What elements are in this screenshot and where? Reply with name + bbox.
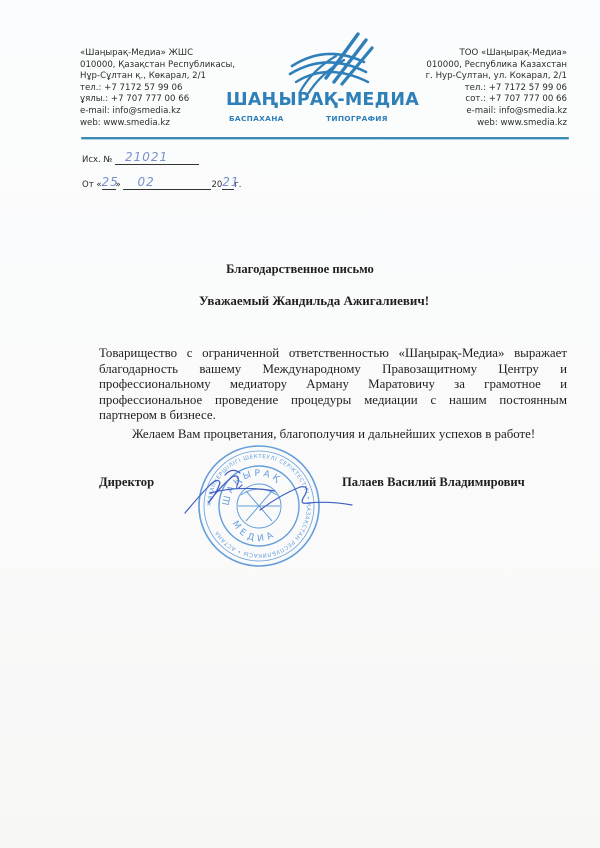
letterhead-divider bbox=[81, 137, 569, 139]
mobile-ru: сот.: +7 707 777 00 66 bbox=[426, 94, 567, 106]
letter-body-paragraph: Товарищество с ограниченной ответственно… bbox=[99, 346, 567, 424]
company-name-kz: «Шаңырақ-Медиа» ЖШС bbox=[80, 48, 235, 60]
date-year-value: 21 bbox=[222, 175, 239, 189]
logo-subtitle-printing-ru: ТИПОГРАФИЯ bbox=[326, 114, 388, 123]
phone-kz: тел.: +7 7172 57 99 06 bbox=[80, 83, 235, 95]
outgoing-number-field: 21021 bbox=[115, 153, 199, 165]
date-day-value: 25 bbox=[102, 175, 119, 189]
phone-ru: тел.: +7 7172 57 99 06 bbox=[426, 83, 567, 95]
outgoing-date: От «25» 022021г. bbox=[82, 178, 241, 190]
mobile-kz: ұялы.: +7 707 777 00 66 bbox=[80, 94, 235, 106]
outgoing-number-value: 21021 bbox=[125, 150, 168, 164]
logo-subtitle-printing-kz: БАСПАХАНА bbox=[229, 114, 284, 123]
date-year-field: 21 bbox=[222, 178, 234, 190]
shanyrak-arc-mark-icon bbox=[286, 26, 376, 94]
address-line-2-ru: г. Нур-Султан, ул. Кокарал, 2/1 bbox=[426, 71, 567, 83]
signer-name: Палаев Василий Владимирович bbox=[342, 475, 525, 490]
website-kz: web: www.smedia.kz bbox=[80, 118, 235, 130]
letterhead-kazakh-contacts: «Шаңырақ-Медиа» ЖШС 010000, Қазақстан Ре… bbox=[80, 48, 235, 129]
letter-body: Товарищество с ограниченной ответственно… bbox=[99, 346, 567, 424]
email-kz: e-mail: info@smedia.kz bbox=[80, 106, 235, 118]
email-ru: e-mail: info@smedia.kz bbox=[426, 106, 567, 118]
date-month-value: 02 bbox=[137, 175, 154, 189]
outgoing-number-label: Исх. № bbox=[82, 155, 112, 165]
address-line-1-ru: 010000, Республика Казахстан bbox=[426, 60, 567, 72]
signer-role: Директор bbox=[99, 475, 154, 490]
logo-wordmark: ШАҢЫРАҚ-МЕДИА bbox=[226, 90, 396, 110]
letter-wish: Желаем Вам процветания, благополучия и д… bbox=[132, 427, 535, 442]
date-day-field: 25 bbox=[102, 178, 116, 190]
company-logo: ШАҢЫРАҚ-МЕДИА БАСПАХАНА ТИПОГРАФИЯ bbox=[226, 26, 396, 130]
date-year-prefix: 20 bbox=[211, 180, 222, 190]
letterhead-russian-contacts: ТОО «Шаңырақ-Медиа» 010000, Республика К… bbox=[426, 48, 567, 129]
date-prefix: От « bbox=[82, 180, 102, 190]
date-month-field: 02 bbox=[123, 178, 211, 190]
website-ru: web: www.smedia.kz bbox=[426, 118, 567, 130]
company-name-ru: ТОО «Шаңырақ-Медиа» bbox=[426, 48, 567, 60]
address-line-2-kz: Нұр-Сұлтан қ., Көкарал, 2/1 bbox=[80, 71, 235, 83]
letter-page: «Шаңырақ-Медиа» ЖШС 010000, Қазақстан Ре… bbox=[0, 0, 600, 848]
address-line-1-kz: 010000, Қазақстан Республикасы, bbox=[80, 60, 235, 72]
letter-salutation: Уважаемый Жандильда Ажигалиевич! bbox=[14, 293, 600, 309]
outgoing-number: Исх. № 21021 bbox=[82, 153, 199, 165]
handwritten-signature-icon bbox=[180, 455, 355, 525]
letter-title: Благодарственное письмо bbox=[0, 262, 600, 277]
